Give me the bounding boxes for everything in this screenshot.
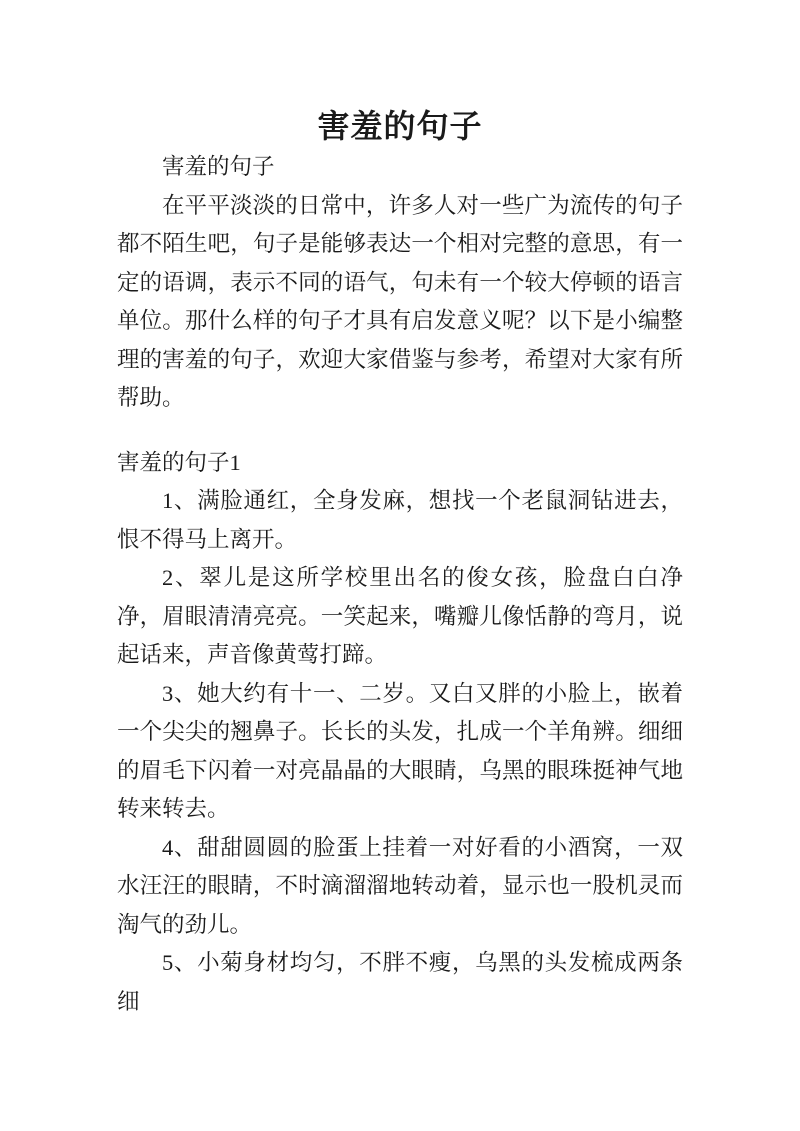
section-heading: 害羞的句子1	[117, 444, 683, 483]
sentence-item-5: 5、小菊身材均匀，不胖不瘦，乌黑的头发梳成两条细	[117, 944, 683, 1021]
sentence-item-3: 3、她大约有十一、二岁。又白又胖的小脸上，嵌着一个尖尖的翘鼻子。长长的头发，扎成…	[117, 675, 683, 829]
article-subtitle: 害羞的句子	[117, 148, 683, 187]
document-title: 害羞的句子	[0, 0, 800, 148]
sentence-item-2: 2、翠儿是这所学校里出名的俊女孩，脸盘白白净净，眉眼清清亮亮。一笑起来，嘴瓣儿像…	[117, 559, 683, 675]
intro-paragraph: 在平平淡淡的日常中，许多人对一些广为流传的句子都不陌生吧，句子是能够表达一个相对…	[117, 187, 683, 418]
sentence-item-1: 1、满脸通红，全身发麻，想找一个老鼠洞钻进去，恨不得马上离开。	[117, 482, 683, 559]
document-page: 害羞的句子 害羞的句子 在平平淡淡的日常中，许多人对一些广为流传的句子都不陌生吧…	[0, 0, 800, 1131]
sentence-item-4: 4、甜甜圆圆的脸蛋上挂着一对好看的小酒窝，一双水汪汪的眼睛，不时滴溜溜地转动着，…	[117, 829, 683, 945]
document-body: 害羞的句子 在平平淡淡的日常中，许多人对一些广为流传的句子都不陌生吧，句子是能够…	[117, 148, 683, 1021]
